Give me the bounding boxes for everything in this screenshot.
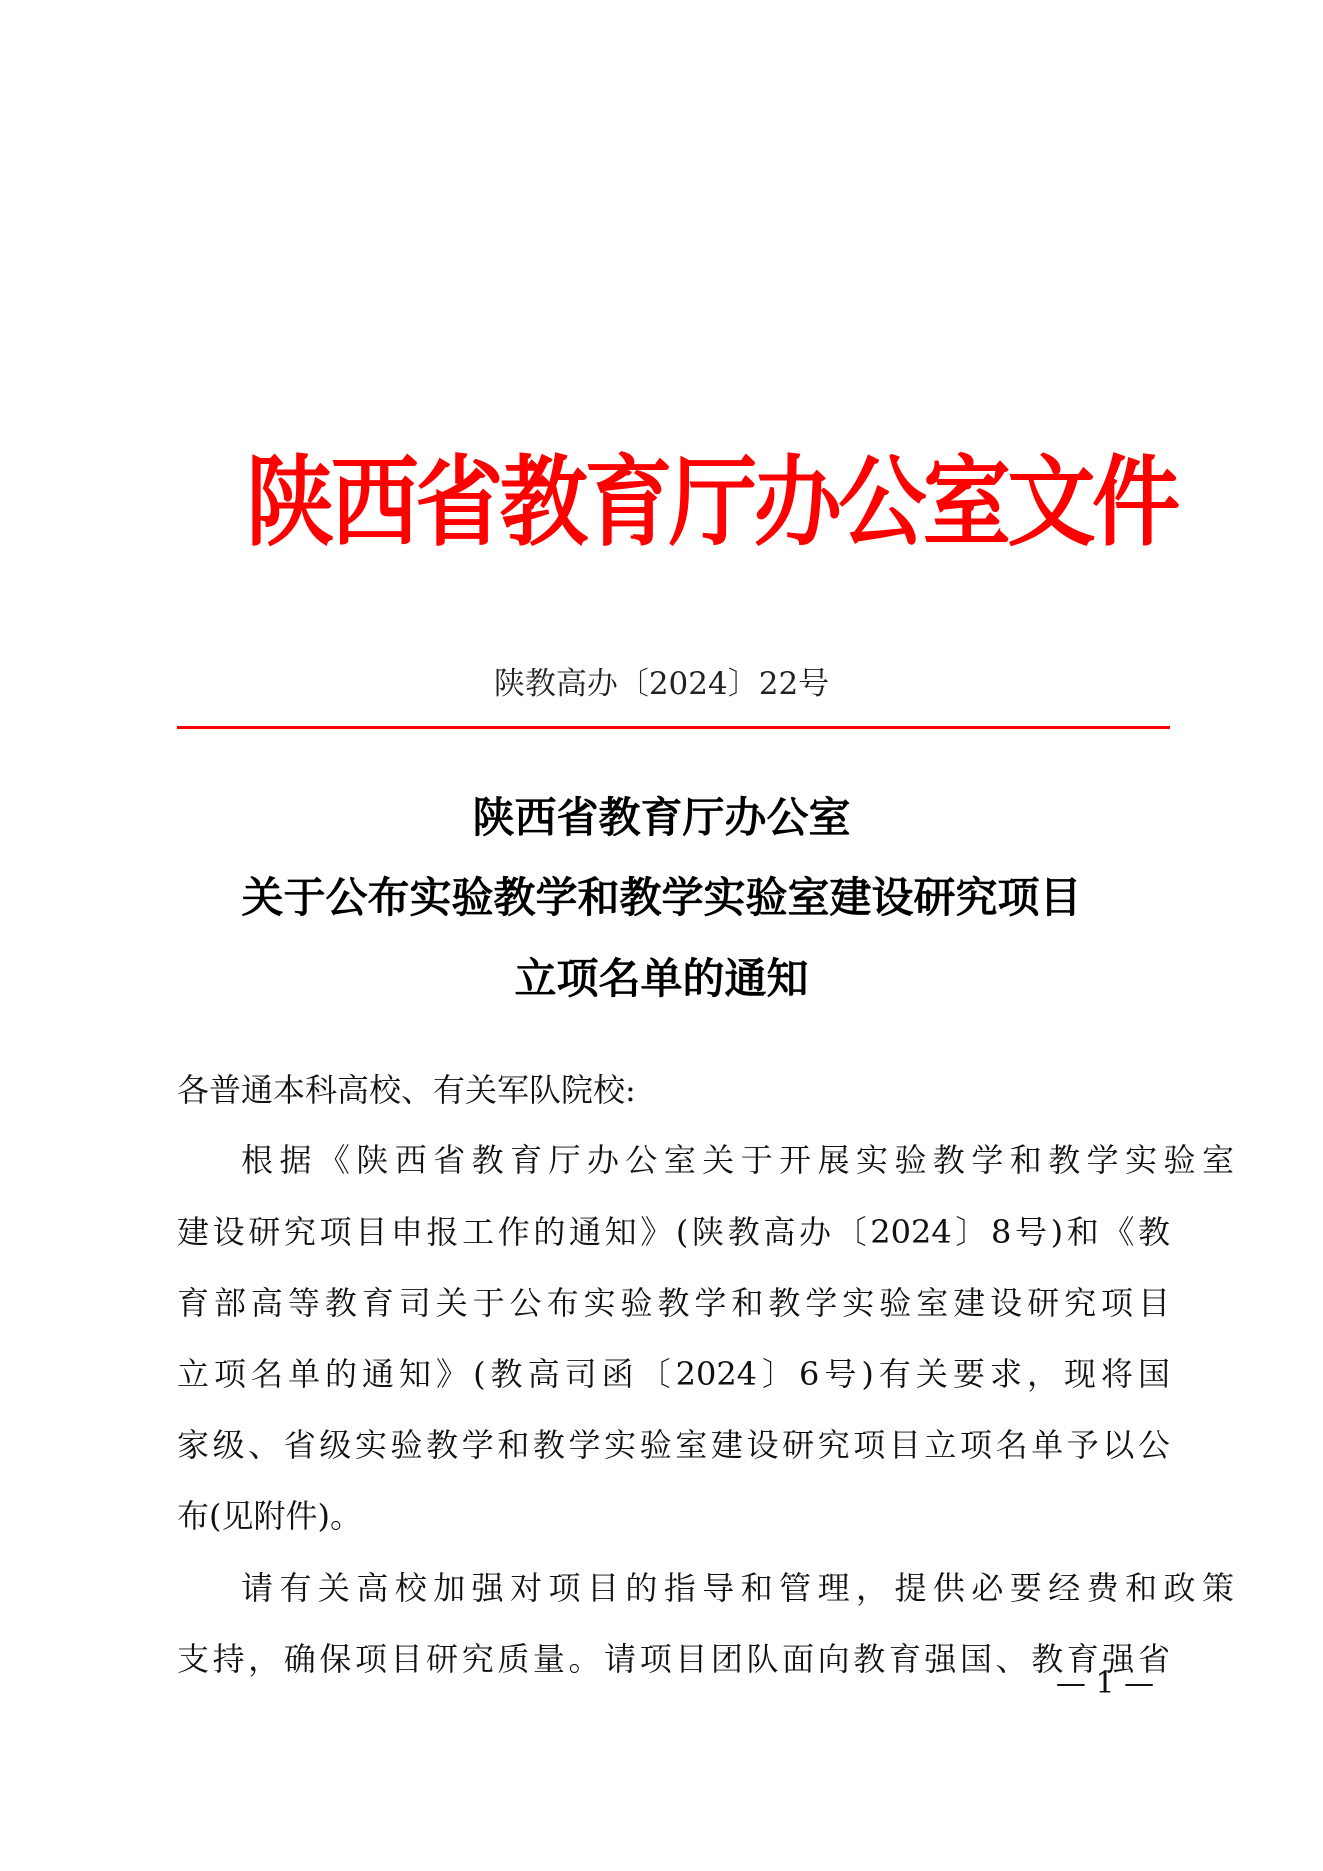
- notice-title-line-1: 陕西省教育厅办公室: [0, 790, 1323, 846]
- body-line: 布(见附件)。: [177, 1494, 1170, 1538]
- document-page: 陕西省教育厅办公室文件 陕教高办〔2024〕22号 陕西省教育厅办公室 关于公布…: [0, 0, 1323, 1871]
- body-line: 家级、省级实验教学和教学实验室建设研究项目立项名单予以公: [177, 1423, 1170, 1467]
- body-line: 支持，确保项目研究质量。请项目团队面向教育强国、教育强省: [177, 1637, 1170, 1681]
- body-line: 根据《陕西省教育厅办公室关于开展实验教学和教学实验室: [177, 1138, 1234, 1182]
- document-number: 陕教高办〔2024〕22号: [0, 662, 1323, 706]
- page-number: — 1 —: [1040, 1664, 1170, 1704]
- red-divider-line: [177, 726, 1170, 729]
- notice-title-line-2: 关于公布实验教学和教学实验室建设研究项目: [0, 870, 1323, 926]
- notice-title-line-3: 立项名单的通知: [0, 951, 1323, 1007]
- body-line: 建设研究项目申报工作的通知》(陕教高办〔2024〕8号)和《教: [177, 1210, 1170, 1254]
- body-line: 立项名单的通知》(教高司函〔2024〕6号)有关要求，现将国: [177, 1352, 1170, 1396]
- salutation: 各普通本科高校、有关军队院校:: [177, 1068, 1170, 1112]
- body-line: 请有关高校加强对项目的指导和管理，提供必要经费和政策: [177, 1566, 1234, 1610]
- body-line: 育部高等教育司关于公布实验教学和教学实验室建设研究项目: [177, 1281, 1170, 1325]
- issuer-red-header: 陕西省教育厅办公室文件: [246, 448, 1074, 558]
